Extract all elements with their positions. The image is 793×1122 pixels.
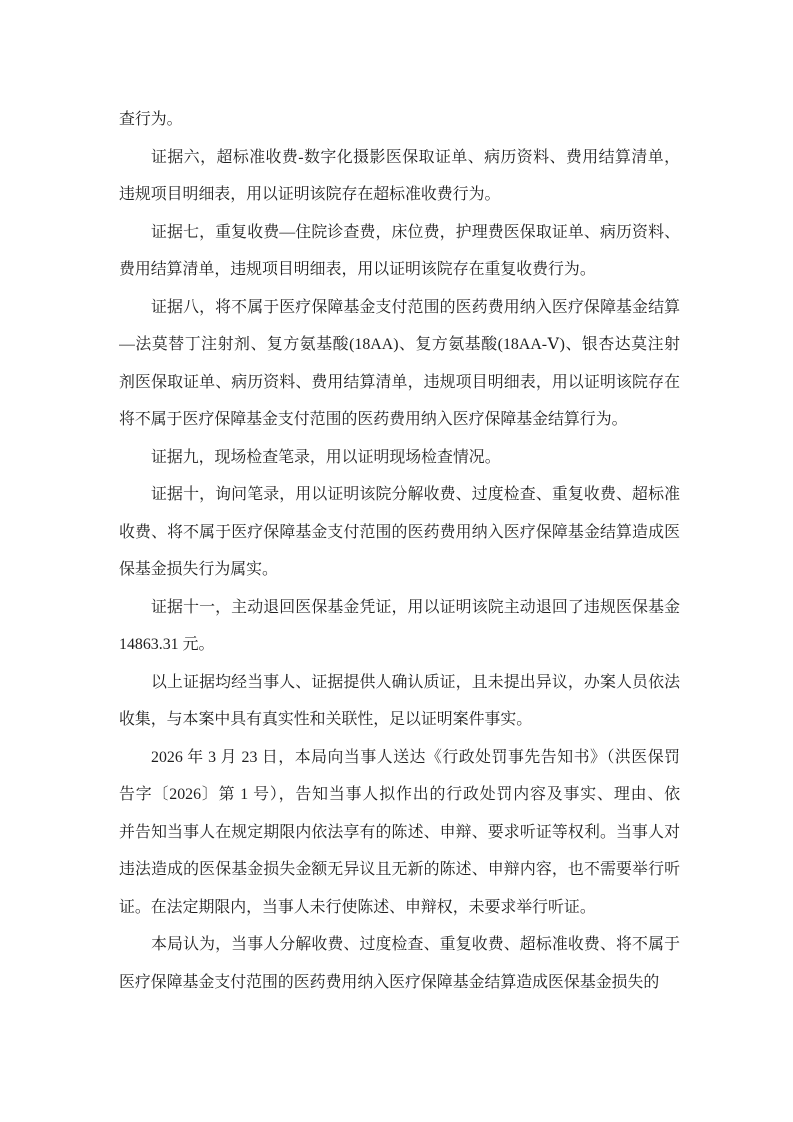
text-line: 证。在法定期限内，当事人未行使陈述、申辩权，未要求举行听证。 <box>119 889 680 927</box>
document-text-block: 查行为。 证据六，超标准收费-数字化摄影医保取证单、病历资料、费用结算清单， 违… <box>119 101 680 1001</box>
text-line: 违规项目明细表，用以证明该院存在超标准收费行为。 <box>119 176 680 214</box>
text-line: 以上证据均经当事人、证据提供人确认质证，且未提出异议，办案人员依法 <box>119 664 680 702</box>
text-line: 14863.31 元。 <box>119 626 680 664</box>
text-line: 将不属于医疗保障基金支付范围的医药费用纳入医疗保障基金结算行为。 <box>119 401 680 439</box>
text-line: 本局认为，当事人分解收费、过度检查、重复收费、超标准收费、将不属于 <box>119 926 680 964</box>
text-line: 证据七，重复收费—住院诊查费，床位费，护理费医保取证单、病历资料、 <box>119 214 680 252</box>
text-line: 违法造成的医保基金损失金额无异议且无新的陈述、申辩内容，也不需要举行听 <box>119 851 680 889</box>
text-line: 费用结算清单，违规项目明细表，用以证明该院存在重复收费行为。 <box>119 251 680 289</box>
text-line: 收费、将不属于医疗保障基金支付范围的医药费用纳入医疗保障基金结算造成医 <box>119 514 680 552</box>
document-page: 查行为。 证据六，超标准收费-数字化摄影医保取证单、病历资料、费用结算清单， 违… <box>0 0 793 1122</box>
text-line: —法莫替丁注射剂、复方氨基酸(18AA)、复方氨基酸(18AA-Ⅴ)、银杏达莫注… <box>119 326 680 364</box>
text-line: 剂医保取证单、病历资料、费用结算清单，违规项目明细表，用以证明该院存在 <box>119 364 680 402</box>
text-line: 证据十，询问笔录，用以证明该院分解收费、过度检查、重复收费、超标准 <box>119 476 680 514</box>
text-line: 收集，与本案中具有真实性和关联性，足以证明案件事实。 <box>119 701 680 739</box>
text-line: 证据九，现场检查笔录，用以证明现场检查情况。 <box>119 439 680 477</box>
text-line: 保基金损失行为属实。 <box>119 551 680 589</box>
text-line: 并告知当事人在规定期限内依法享有的陈述、申辩、要求听证等权利。当事人对 <box>119 814 680 852</box>
text-line: 告字〔2026〕第 1 号），告知当事人拟作出的行政处罚内容及事实、理由、依据， <box>119 776 680 814</box>
text-line: 证据六，超标准收费-数字化摄影医保取证单、病历资料、费用结算清单， <box>119 139 680 177</box>
text-line: 证据八，将不属于医疗保障基金支付范围的医药费用纳入医疗保障基金结算 <box>119 289 680 327</box>
text-line: 查行为。 <box>119 101 680 139</box>
text-line: 医疗保障基金支付范围的医药费用纳入医疗保障基金结算造成医保基金损失的 <box>119 964 680 1002</box>
text-line: 证据十一，主动退回医保基金凭证，用以证明该院主动退回了违规医保基金 <box>119 589 680 627</box>
text-line: 2026 年 3 月 23 日，本局向当事人送达《行政处罚事先告知书》（洪医保罚 <box>119 739 680 777</box>
